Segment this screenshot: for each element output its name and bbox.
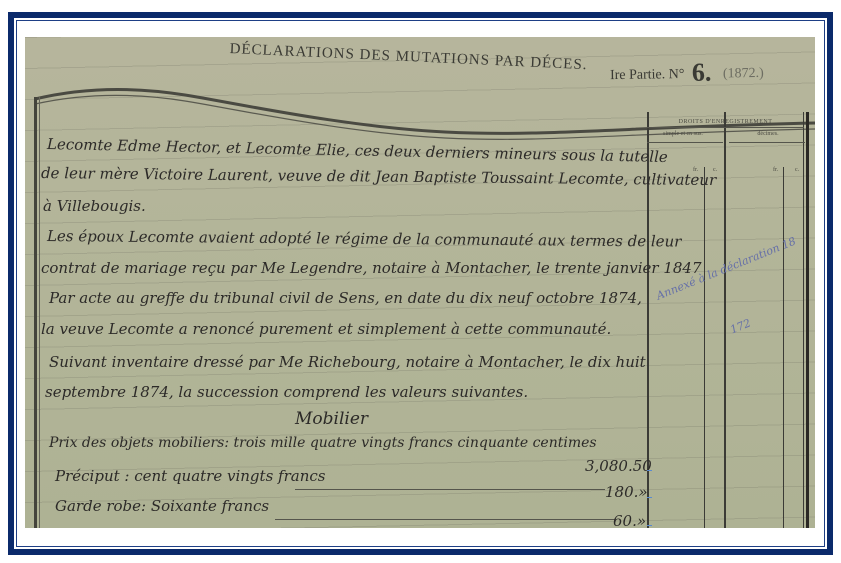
tick-mark [647,470,652,471]
divider [729,142,805,143]
amount-preciput: 180.» [605,483,648,501]
number-label: N° [669,67,685,82]
unit-centimes: c. [795,167,799,173]
droits-title: DROITS D'ENREGISTREMENT [643,119,808,125]
column-rule [704,167,705,528]
amount-mobilier: 3,080.50 [585,457,652,475]
droits-enregistrement-header: DROITS D'ENREGISTREMENT simple et en sus… [643,115,808,175]
fill-line [275,519,615,520]
handwritten-line: contrat de mariage reçu par Me Legendre,… [41,259,702,277]
margin-annotation-number: 172 [728,317,752,337]
handwritten-line: Garde robe: Soixante francs [55,497,269,515]
handwritten-line: Par acte au greffe du tribunal civil de … [49,289,642,307]
page-number-heading: Ire Partie. N° 6. (1872.) [610,57,764,89]
divider [647,142,723,143]
divider [647,127,804,128]
handwritten-line: à Villebougis. [43,197,146,215]
droits-col-simple: simple et en sus. [643,131,723,137]
handwritten-line: Préciput : cent quatre vingts francs [55,467,325,485]
amount-garde-robe: 60.» [613,512,646,528]
handwritten-line: la veuve Lecomte a renoncé purement et s… [41,320,611,338]
handwritten-line: Prix des objets mobiliers: trois mille q… [49,435,597,451]
left-margin-rule-thin [39,97,40,528]
droits-col-decimes: décimes. [729,131,807,137]
part-label: Ire Partie. [610,67,665,83]
handwritten-line: de leur mère Victoire Laurent, veuve de … [41,164,716,189]
section-heading-mobilier: Mobilier [295,409,368,429]
page-number: 6. [692,58,712,87]
handwritten-line: Suivant inventaire dressé par Me Richebo… [49,353,646,371]
register-page-photo: DÉCLARATIONS DES MUTATIONS PAR DÉCES. Ir… [25,37,815,528]
year-label: (1872.) [723,66,764,82]
column-rule [783,167,784,528]
unit-francs: fr. [773,167,778,173]
handwritten-line: septembre 1874, la succession comprend l… [45,383,528,401]
tick-mark [647,497,652,498]
left-margin-rule [34,97,37,528]
tick-mark [647,525,652,526]
handwritten-line: Les époux Lecomte avaient adopté le régi… [47,227,682,251]
fill-line [295,489,605,490]
